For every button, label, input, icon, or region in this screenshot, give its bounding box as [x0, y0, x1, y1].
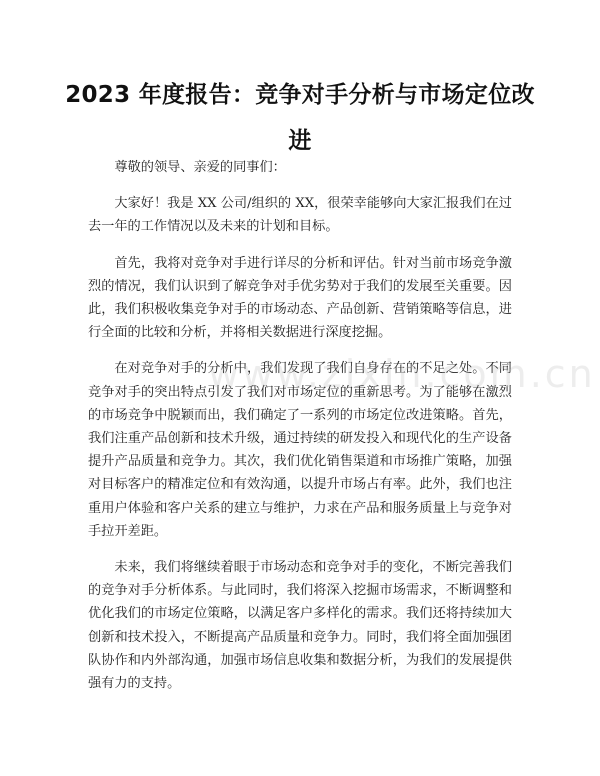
salutation: 尊敬的领导、亲爱的同事们：: [88, 156, 512, 179]
paragraph-competitor-analysis: 首先，我将对竞争对手进行详尽的分析和评估。针对当前市场竞争激烈的情况，我们认识到…: [88, 252, 512, 345]
paragraph-positioning-strategy: 在对竞争对手的分析中，我们发现了我们自身存在的不足之处。不同竞争对手的突出特点引…: [88, 357, 512, 543]
document-body: 尊敬的领导、亲爱的同事们： 大家好！我是 XX 公司/组织的 XX，很荣幸能够向…: [88, 156, 512, 708]
document-page: 2023 年度报告：竞争对手分析与市场定位改进 尊敬的领导、亲爱的同事们： 大家…: [0, 0, 600, 776]
paragraph-future-plans: 未来，我们将继续着眼于市场动态和竞争对手的变化，不断完善我们的竞争对手分析体系。…: [88, 556, 512, 695]
paragraph-intro: 大家好！我是 XX 公司/组织的 XX，很荣幸能够向大家汇报我们在过去一年的工作…: [88, 192, 512, 238]
document-title: 2023 年度报告：竞争对手分析与市场定位改进: [60, 72, 540, 164]
